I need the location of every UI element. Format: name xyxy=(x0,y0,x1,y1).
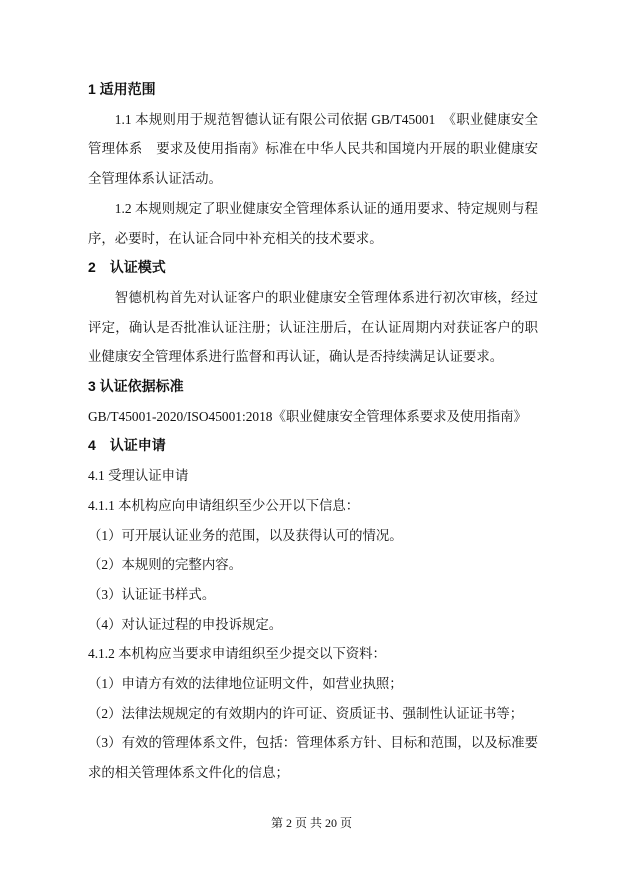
heading-4-certification-application: 4 认证申请 xyxy=(88,431,538,461)
document-page: 1 适用范围 1.1 本规则用于规范智德认证有限公司依据 GB/T45001 《… xyxy=(0,0,623,871)
list-item-4-1-2-2: （2）法律法规规定的有效期内的许可证、资质证书、强制性认证证书等； xyxy=(88,699,538,729)
document-body: 1 适用范围 1.1 本规则用于规范智德认证有限公司依据 GB/T45001 《… xyxy=(88,75,538,788)
list-item-4-1-1-2: （2）本规则的完整内容。 xyxy=(88,550,538,580)
clause-4-1-1: 4.1.1 本机构应向申请组织至少公开以下信息： xyxy=(88,491,538,521)
clause-4-1: 4.1 受理认证申请 xyxy=(88,461,538,491)
clause-1-2: 1.2 本规则规定了职业健康安全管理体系认证的通用要求、特定规则与程序，必要时，… xyxy=(88,194,538,253)
list-item-4-1-2-3: （3）有效的管理体系文件，包括：管理体系方针、目标和范围，以及标准要求的相关管理… xyxy=(88,728,538,787)
list-item-4-1-1-4: （4）对认证过程的申投诉规定。 xyxy=(88,610,538,640)
clause-1-1: 1.1 本规则用于规范智德认证有限公司依据 GB/T45001 《职业健康安全管… xyxy=(88,105,538,194)
heading-3-certification-standard: 3 认证依据标准 xyxy=(88,372,538,402)
page-footer: 第 2 页 共 20 页 xyxy=(0,813,623,833)
heading-1-scope: 1 适用范围 xyxy=(88,75,538,105)
clause-2-body: 智德机构首先对认证客户的职业健康安全管理体系进行初次审核，经过评定，确认是否批准… xyxy=(88,283,538,372)
list-item-4-1-1-1: （1）可开展认证业务的范围，以及获得认可的情况。 xyxy=(88,521,538,551)
heading-2-certification-mode: 2 认证模式 xyxy=(88,253,538,283)
list-item-4-1-2-1: （1）申请方有效的法律地位证明文件，如营业执照； xyxy=(88,669,538,699)
list-item-4-1-1-3: （3）认证证书样式。 xyxy=(88,580,538,610)
standard-reference: GB/T45001-2020/ISO45001:2018《职业健康安全管理体系要… xyxy=(88,402,538,432)
clause-4-1-2: 4.1.2 本机构应当要求申请组织至少提交以下资料： xyxy=(88,639,538,669)
